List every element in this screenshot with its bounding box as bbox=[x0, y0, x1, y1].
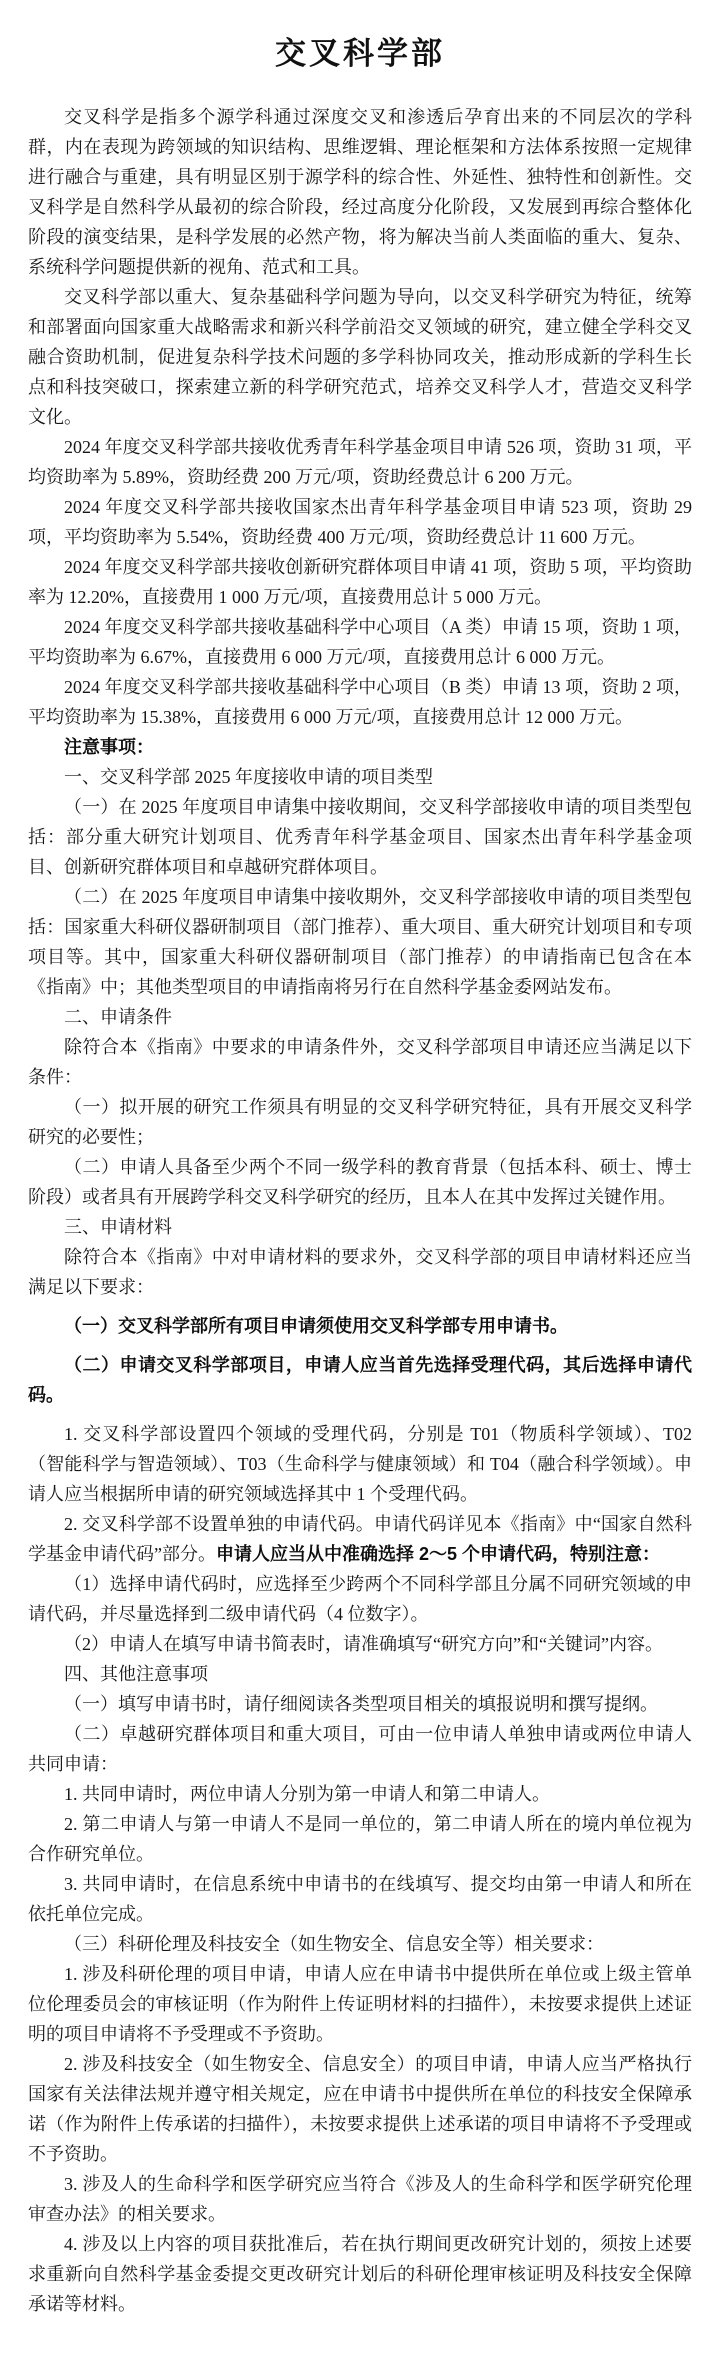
paragraph-25: （一）填写申请书时，请仔细阅读各类型项目相关的填报说明和撰写提纲。 bbox=[28, 1689, 692, 1719]
paragraph-4: 2024 年度交叉科学部共接收国家杰出青年科学基金项目申请 523 项，资助 2… bbox=[28, 492, 692, 552]
paragraph-33: 3. 涉及人的生命科学和医学研究应当符合《涉及人的生命科学和医学研究伦理审查办法… bbox=[28, 2169, 692, 2229]
paragraph-22: （1）选择申请代码时，应选择至少跨两个不同科学部且分属不同研究领域的申请代码，并… bbox=[28, 1569, 692, 1629]
paragraph-5: 2024 年度交叉科学部共接收创新研究群体项目申请 41 项，资助 5 项，平均… bbox=[28, 552, 692, 612]
paragraph-16: 三、申请材料 bbox=[28, 1212, 692, 1242]
paragraph-3: 2024 年度交叉科学部共接收优秀青年科学基金项目申请 526 项，资助 31 … bbox=[28, 432, 692, 492]
paragraph-17: 除符合本《指南》中对申请材料的要求外，交叉科学部的项目申请材料还应当满足以下要求… bbox=[28, 1242, 692, 1302]
paragraph-18: （一）交叉科学部所有项目申请须使用交叉科学部专用申请书。 bbox=[28, 1311, 692, 1341]
paragraph-8: 注意事项： bbox=[28, 732, 692, 762]
paragraph-26: （二）卓越研究群体项目和重大项目，可由一位申请人单独申请或两位申请人共同申请： bbox=[28, 1719, 692, 1779]
paragraph-30: （三）科研伦理及科技安全（如生物安全、信息安全等）相关要求： bbox=[28, 1929, 692, 1959]
paragraph-14: （一）拟开展的研究工作须具有明显的交叉科学研究特征，具有开展交叉科学研究的必要性… bbox=[28, 1092, 692, 1152]
paragraph-29: 3. 共同申请时，在信息系统中申请书的在线填写、提交均由第一申请人和所在依托单位… bbox=[28, 1869, 692, 1929]
paragraph-24: 四、其他注意事项 bbox=[28, 1659, 692, 1689]
document-body: 交叉科学是指多个源学科通过深度交叉和渗透后孕育出来的不同层次的学科群，内在表现为… bbox=[28, 102, 692, 2319]
paragraph-15: （二）申请人具备至少两个不同一级学科的教育背景（包括本科、硕士、博士阶段）或者具… bbox=[28, 1152, 692, 1212]
paragraph-6: 2024 年度交叉科学部共接收基础科学中心项目（A 类）申请 15 项，资助 1… bbox=[28, 612, 692, 672]
paragraph-34: 4. 涉及以上内容的项目获批准后，若在执行期间更改研究计划的，须按上述要求重新向… bbox=[28, 2229, 692, 2319]
paragraph-31: 1. 涉及科研伦理的项目申请，申请人应在申请书中提供所在单位或上级主管单位伦理委… bbox=[28, 1959, 692, 2049]
paragraph-20: 1. 交叉科学部设置四个领域的受理代码，分别是 T01（物质科学领域）、T02（… bbox=[28, 1419, 692, 1509]
paragraph-32: 2. 涉及科技安全（如生物安全、信息安全）的项目申请，申请人应当严格执行国家有关… bbox=[28, 2049, 692, 2169]
paragraph-bold-text: 申请人应当从中准确选择 2～5 个申请代码，特别注意： bbox=[216, 1544, 660, 1564]
paragraph-10: （一）在 2025 年度项目申请集中接收期间，交叉科学部接收申请的项目类型包括：… bbox=[28, 792, 692, 882]
paragraph-13: 除符合本《指南》中要求的申请条件外，交叉科学部项目申请还应当满足以下条件： bbox=[28, 1032, 692, 1092]
paragraph-2: 交叉科学部以重大、复杂基础科学问题为导向，以交叉科学研究为特征，统筹和部署面向国… bbox=[28, 282, 692, 432]
page-title: 交叉科学部 bbox=[28, 32, 692, 76]
paragraph-28: 2. 第二申请人与第一申请人不是同一单位的，第二申请人所在的境内单位视为合作研究… bbox=[28, 1809, 692, 1869]
paragraph-19: （二）申请交叉科学部项目，申请人应当首先选择受理代码，其后选择申请代码。 bbox=[28, 1350, 692, 1410]
paragraph-1: 交叉科学是指多个源学科通过深度交叉和渗透后孕育出来的不同层次的学科群，内在表现为… bbox=[28, 102, 692, 282]
paragraph-21: 2. 交叉科学部不设置单独的申请代码。申请代码详见本《指南》中“国家自然科学基金… bbox=[28, 1509, 692, 1569]
paragraph-23: （2）申请人在填写申请书简表时，请准确填写“研究方向”和“关键词”内容。 bbox=[28, 1629, 692, 1659]
document-page: 交叉科学部 交叉科学是指多个源学科通过深度交叉和渗透后孕育出来的不同层次的学科群… bbox=[0, 0, 720, 2359]
paragraph-11: （二）在 2025 年度项目申请集中接收期外，交叉科学部接收申请的项目类型包括：… bbox=[28, 882, 692, 1002]
paragraph-9: 一、交叉科学部 2025 年度接收申请的项目类型 bbox=[28, 762, 692, 792]
paragraph-7: 2024 年度交叉科学部共接收基础科学中心项目（B 类）申请 13 项，资助 2… bbox=[28, 672, 692, 732]
paragraph-12: 二、申请条件 bbox=[28, 1002, 692, 1032]
paragraph-27: 1. 共同申请时，两位申请人分别为第一申请人和第二申请人。 bbox=[28, 1779, 692, 1809]
